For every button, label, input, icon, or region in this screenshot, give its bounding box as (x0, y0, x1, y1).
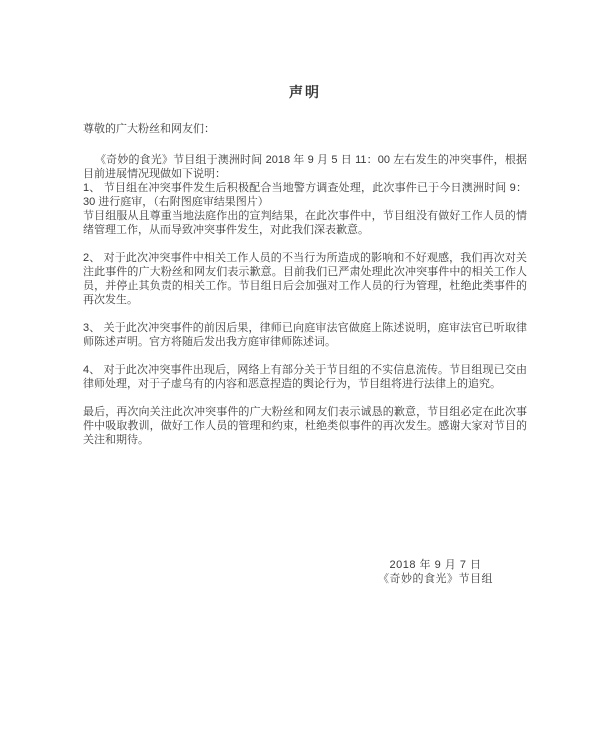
statement-paragraph-item-1: 1、 节目组在冲突事件发生后积极配合当地警方调查处理，此次事件已于今日澳洲时间 … (83, 181, 527, 209)
statement-paragraph-item-1-continued: 节目组服从且尊重当地法庭作出的宣判结果，在此次事件中，节目组没有做好工作人员的情… (83, 209, 527, 237)
statement-paragraph-closing: 最后，再次向关注此次冲突事件的广大粉丝和网友们表示诚恳的歉意，节目组必定在此次事… (83, 405, 527, 447)
signature-name: 《奇妙的食光》节目组 (378, 572, 493, 586)
statement-paragraph-item-2: 2、 对于此次冲突事件中相关工作人员的不当行为所造成的影响和不好观感，我们再次对… (83, 251, 527, 307)
statement-content: 声明 尊敬的广大粉丝和网友们： 《奇妙的食光》节目组于澳洲时间 2018 年 9… (0, 0, 610, 586)
statement-paragraph-intro: 《奇妙的食光》节目组于澳洲时间 2018 年 9 月 5 日 11：00 左右发… (83, 153, 527, 181)
statement-paragraph-item-3: 3、 关于此次冲突事件的前因后果，律师已向庭审法官做庭上陈述说明，庭审法官已听取… (83, 321, 527, 349)
signature-date: 2018 年 9 月 7 日 (378, 558, 493, 572)
signature-block: 2018 年 9 月 7 日 《奇妙的食光》节目组 (378, 558, 493, 586)
salutation: 尊敬的广大粉丝和网友们： (83, 122, 527, 136)
statement-page: 声明 尊敬的广大粉丝和网友们： 《奇妙的食光》节目组于澳洲时间 2018 年 9… (0, 0, 610, 739)
statement-title: 声明 (83, 84, 527, 100)
statement-paragraph-item-4: 4、 对于此次冲突事件出现后，网络上有部分关于节目组的不实信息流传。节目组现已交… (83, 363, 527, 391)
